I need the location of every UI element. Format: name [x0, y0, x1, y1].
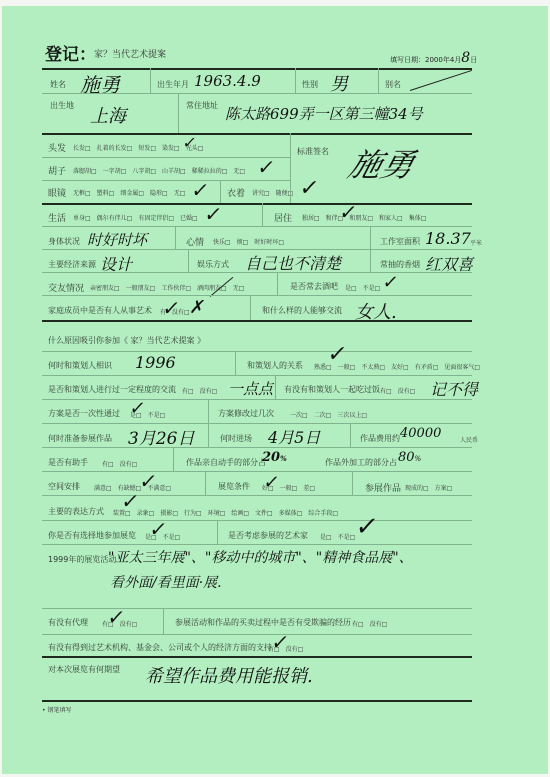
mood-options[interactable]: 快乐□烦□时好时坏□	[213, 237, 290, 246]
prepare-label: 何时准备参展作品	[48, 433, 112, 444]
studio-label: 工作室面积	[380, 236, 420, 247]
bar-options[interactable]: 是□不是□	[345, 283, 386, 292]
birth-label: 出生年月	[157, 79, 189, 90]
form-subtitle: 家？当代艺术提案	[94, 47, 166, 60]
row-rule	[42, 520, 472, 521]
activities-line1[interactable]: "亚太三年展"、"移动中的城市"、"精神食品展"、	[108, 547, 413, 567]
once-label: 方案是否一次性通过	[48, 408, 120, 419]
divider	[178, 93, 179, 133]
self-field[interactable]: 20%	[262, 450, 287, 465]
row-rule	[42, 375, 472, 376]
name-label: 姓名	[50, 79, 66, 90]
health-label: 身体状况	[48, 236, 80, 247]
row-rule	[42, 226, 472, 227]
dinner-options[interactable]: 有□没有□	[380, 386, 421, 395]
media-options[interactable]: 装置□录象□摄影□行为□环境□绘画□文件□多媒体□综合手段□	[113, 508, 344, 517]
exchange-field[interactable]: 一点点	[228, 378, 273, 399]
gender-label: 性别	[302, 79, 318, 90]
revise-options[interactable]: 一次□二次□三次以上□	[290, 410, 373, 419]
divider	[208, 423, 209, 447]
divider	[163, 608, 164, 634]
section-rule	[42, 700, 472, 702]
bar-label: 是否常去酒吧	[290, 281, 338, 292]
divider	[173, 447, 174, 471]
divider	[235, 351, 236, 375]
cost-unit: 人民币	[460, 435, 478, 444]
outsource-label: 作品外加工的部分占	[325, 457, 397, 468]
row-rule	[42, 471, 472, 472]
clothing-options[interactable]: 讲究□随便□	[252, 188, 299, 197]
activities-label: 1999年的展览活动	[48, 554, 116, 565]
section-rule	[42, 320, 472, 322]
living-label: 居住	[274, 211, 292, 224]
met-field[interactable]: 1996	[135, 353, 176, 372]
row-rule	[42, 544, 472, 545]
beard-label: 胡子	[48, 164, 66, 177]
exchange-options[interactable]: 有□没有□	[182, 386, 223, 395]
signature-field[interactable]: 施勇	[344, 140, 420, 186]
cheated-label: 参展活动和作品的买卖过程中是否有受欺骗的经历	[175, 617, 351, 628]
reason-label: 什么原因吸引你参加《 家？当代艺术提案 》	[48, 335, 205, 346]
row-rule	[42, 93, 472, 94]
clothing-label: 衣着	[227, 186, 245, 199]
support-label: 有没有得到过艺术机构、基金会、公司或个人的经济方面的支持	[48, 642, 272, 653]
income-label: 主要经济来源	[48, 259, 96, 270]
conditions-label: 展览条件	[218, 481, 250, 492]
address-field[interactable]: 陈太路699弄一区第三幢34号	[225, 103, 423, 124]
row-rule	[42, 180, 290, 181]
leisure-field[interactable]: 自己也不清楚	[245, 251, 341, 274]
self-label: 作品亲自动手的部分占	[186, 457, 266, 468]
row-rule	[42, 249, 472, 250]
address-label: 常住地址	[186, 100, 218, 111]
alias-label: 别名	[385, 79, 401, 90]
cost-field[interactable]: 40000	[400, 426, 441, 441]
dinner-field[interactable]: 记不得	[430, 377, 478, 400]
row-rule	[42, 272, 472, 273]
divider	[290, 133, 291, 203]
cheated-options[interactable]: 有□没有□	[352, 619, 393, 628]
row-rule	[42, 351, 472, 352]
glasses-label: 眼镜	[48, 186, 66, 199]
relation-label: 和策划人的关系	[247, 360, 303, 371]
prepare-field[interactable]: 3月26日	[128, 424, 194, 449]
signature-label: 标准签名	[297, 146, 329, 157]
consider-label: 是否考虑参展的艺术家	[228, 530, 308, 541]
met-label: 何时和策划人相识	[48, 360, 112, 371]
agent-label: 有没有代理	[48, 617, 88, 628]
row-rule	[42, 495, 472, 496]
life-label: 生活	[48, 211, 66, 224]
divider	[150, 68, 151, 93]
dinner-label: 有没有和策划人一起吃过饭	[284, 384, 380, 395]
friends-label: 交友情况	[48, 281, 84, 294]
divider	[217, 520, 218, 544]
date-label: 填写日期：2000年4月	[390, 56, 461, 64]
works-label: 参展作品	[365, 481, 401, 494]
row-rule	[42, 399, 472, 400]
family-art-label: 家庭成员中是否有人从事艺术	[48, 305, 152, 316]
footer-note: • 钢笔填写	[42, 705, 71, 714]
enter-label: 何时进场	[220, 433, 252, 444]
mood-label: 心情	[186, 235, 204, 248]
birth-field[interactable]: 1963.4.9	[194, 72, 261, 90]
enter-field[interactable]: 4月5日	[268, 425, 320, 448]
divider	[220, 180, 221, 203]
divider	[295, 68, 296, 93]
glasses-options[interactable]: 无框□塑料□细金属□隐形□无□	[73, 188, 191, 197]
assistant-label: 是否有助手	[48, 457, 88, 468]
health-field[interactable]: 时好时坏	[87, 229, 147, 250]
life-options[interactable]: 单身□偶尔有伴儿□有固定伴侣□已婚□	[73, 213, 204, 222]
expect-label: 对本次展览有何期望	[48, 664, 120, 675]
outsource-field[interactable]: 80%	[398, 450, 421, 465]
row-rule	[42, 608, 472, 609]
friends-options[interactable]: 亲密朋友□一般朋友□工作伙伴□酒肉朋友□无□	[90, 283, 250, 292]
row-rule	[42, 447, 472, 448]
selective-label: 你是否有选择地参加展览	[48, 530, 136, 541]
date-suffix: 日	[470, 56, 477, 64]
section-rule	[42, 133, 472, 135]
divider	[378, 68, 379, 93]
row-rule	[42, 634, 472, 635]
divider	[352, 471, 353, 495]
studio-unit: 平米	[470, 238, 482, 247]
revise-label: 方案修改过几次	[218, 408, 274, 419]
leisure-label: 娱乐方式	[197, 259, 229, 270]
media-label: 主要的表达方式	[48, 506, 104, 517]
works-options[interactable]: 现成的□方案□	[405, 483, 458, 492]
row-rule	[42, 423, 472, 424]
divider	[350, 423, 351, 447]
section-rule	[42, 656, 472, 658]
fill-date: 填写日期：2000年4月8日	[390, 50, 477, 66]
birthplace-field[interactable]: 上海	[90, 102, 126, 128]
date-day[interactable]: 8	[461, 50, 470, 66]
divider	[208, 399, 209, 423]
birthplace-label: 出生地	[50, 100, 74, 111]
divider	[262, 203, 263, 226]
section-rule	[42, 203, 472, 205]
activities-line2[interactable]: 看外面/看里面·展.	[110, 572, 222, 592]
divider	[275, 375, 276, 399]
form-title: 登记：	[45, 40, 96, 65]
divider	[175, 226, 176, 249]
divider	[188, 249, 189, 272]
space-label: 空间安排	[48, 481, 80, 492]
exchange-label: 是否和策划人进行过一定程度的交流	[48, 384, 176, 395]
divider	[277, 272, 278, 295]
expect-field[interactable]: 希望作品费用能报销.	[145, 662, 313, 688]
row-rule	[42, 295, 472, 296]
cigarette-label: 常抽的香烟	[380, 259, 420, 270]
divider	[205, 471, 206, 495]
studio-field[interactable]: 18.37	[425, 229, 471, 248]
assistant-options[interactable]: 有□没有□	[102, 459, 143, 468]
living-options[interactable]: 独居□和伴□和朋友□和家人□集体□	[302, 213, 432, 222]
beard-options[interactable]: 落腮胡□一字胡□八字胡□山羊胡□稀稀拉拉的□无□	[73, 166, 251, 175]
row-rule	[42, 157, 290, 158]
communicate-label: 和什么样的人能够交流	[262, 305, 342, 316]
divider	[250, 295, 251, 320]
cost-label: 作品费用约	[360, 433, 400, 444]
hair-label: 头发	[48, 141, 66, 154]
